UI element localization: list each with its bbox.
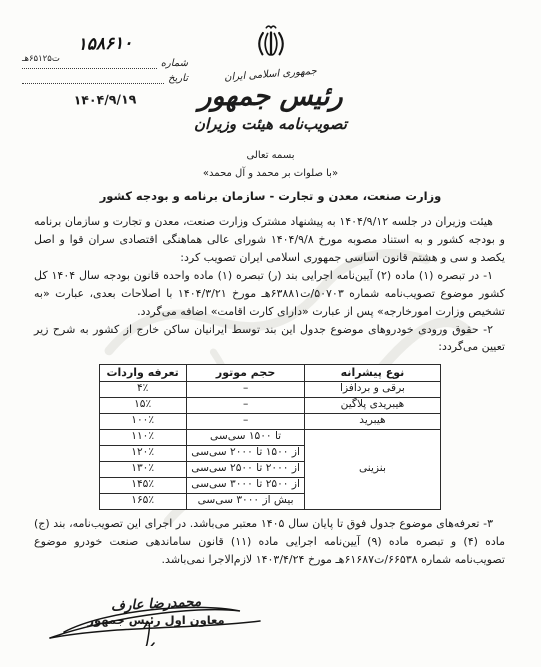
cell-tariff: ۱۶۵٪ [99, 493, 186, 509]
date-dotted-line [22, 72, 164, 84]
salawat: «با صلوات بر محمد و آل محمد» [0, 165, 541, 183]
decree-body: هیئت وزیران در جلسه ۱۴۰۴/۹/۱۲ به پیشنهاد… [34, 213, 505, 568]
cell-engine-volume: بیش از ۳۰۰۰ سی‌سی [186, 493, 305, 509]
decree-document-page: ۱۵۸۶۱۰ شماره ت۶۵۱۲۵هـ تاریخ ۱۴۰۴/۹/۱۹ جم… [0, 0, 541, 667]
clause-2: ۲- حقوق ورودی خودروهای موضوع جدول این بن… [34, 321, 505, 357]
header-engine-volume: حجم موتور [186, 365, 305, 381]
reference-block: ۱۵۸۶۱۰ شماره ت۶۵۱۲۵هـ تاریخ ۱۴۰۴/۹/۱۹ [22, 34, 188, 107]
cell-engine-type-gasoline-merged: بنزینی [305, 429, 440, 509]
cell-engine-volume: – [186, 397, 305, 413]
table-row: هیبرید – ۱۰۰٪ [99, 413, 440, 429]
cell-engine-type: برقی و بردافزا [305, 381, 440, 397]
signature-block: محمدرضا عارف معاون اول رئیس جمهور [42, 596, 270, 627]
number-line: شماره ت۶۵۱۲۵هـ [22, 57, 188, 69]
handwritten-decree-number: ۱۵۸۶۱۰ [22, 32, 188, 56]
clause-3: ۳- تعرفه‌های موضوع جدول فوق تا پایان سال… [34, 515, 505, 569]
cell-tariff: ۱۰۰٪ [99, 413, 186, 429]
cell-tariff: ۱۴۵٪ [99, 477, 186, 493]
clause-1: ۱- در تبصره (۱) ماده (۲) آیین‌نامه اجرای… [34, 267, 505, 321]
header-import-tariff: تعرفه واردات [99, 365, 186, 381]
cell-tariff: ۱۱۰٪ [99, 429, 186, 445]
cell-engine-volume: از ۱۵۰۰ تا ۲۰۰۰ سی‌سی [186, 445, 305, 461]
cell-engine-type: هیبرید [305, 413, 440, 429]
addressee-line: وزارت صنعت، معدن و تجارت - سازمان برنامه… [0, 189, 541, 203]
intro-paragraph: هیئت وزیران در جلسه ۱۴۰۴/۹/۱۲ به پیشنهاد… [34, 213, 505, 267]
cell-tariff: ۴٪ [99, 381, 186, 397]
cell-tariff: ۱۳۰٪ [99, 461, 186, 477]
cell-engine-type: هیبریدی پلاگین [305, 397, 440, 413]
basmala: بسمه تعالی [0, 147, 541, 165]
invocation-block: بسمه تعالی «با صلوات بر محمد و آل محمد» [0, 147, 541, 182]
number-label: شماره [161, 58, 188, 69]
cell-engine-volume: – [186, 413, 305, 429]
iran-emblem-icon [252, 22, 290, 64]
tariff-table-wrapper: نوع پیشرانه حجم موتور تعرفه واردات برقی … [34, 364, 505, 509]
date-label: تاریخ [168, 73, 188, 84]
cell-engine-volume: – [186, 381, 305, 397]
cell-engine-volume: تا ۱۵۰۰ سی‌سی [186, 429, 305, 445]
handwritten-date: ۱۴۰۴/۹/۱۹ [22, 91, 188, 109]
cell-engine-volume: از ۲۰۰۰ تا ۲۵۰۰ سی‌سی [186, 461, 305, 477]
cell-tariff: ۱۵٪ [99, 397, 186, 413]
table-row: بنزینی تا ۱۵۰۰ سی‌سی ۱۱۰٪ [99, 429, 440, 445]
date-line: تاریخ [22, 72, 188, 84]
number-dotted-line: ت۶۵۱۲۵هـ [22, 57, 157, 69]
cell-engine-volume: از ۲۵۰۰ تا ۳۰۰۰ سی‌سی [186, 477, 305, 493]
table-row: برقی و بردافزا – ۴٪ [99, 381, 440, 397]
table-row: هیبریدی پلاگین – ۱۵٪ [99, 397, 440, 413]
header-engine-type: نوع پیشرانه [305, 365, 440, 381]
table-header-row: نوع پیشرانه حجم موتور تعرفه واردات [99, 365, 440, 381]
cell-tariff: ۱۲۰٪ [99, 445, 186, 461]
stamp-suffix-number: ت۶۵۱۲۵هـ [22, 54, 60, 64]
signer-title: معاون اول رئیس جمهور [42, 613, 270, 627]
tariff-table: نوع پیشرانه حجم موتور تعرفه واردات برقی … [99, 364, 441, 509]
document-type-title: تصویب‌نامه هیئت وزیران [0, 115, 541, 133]
